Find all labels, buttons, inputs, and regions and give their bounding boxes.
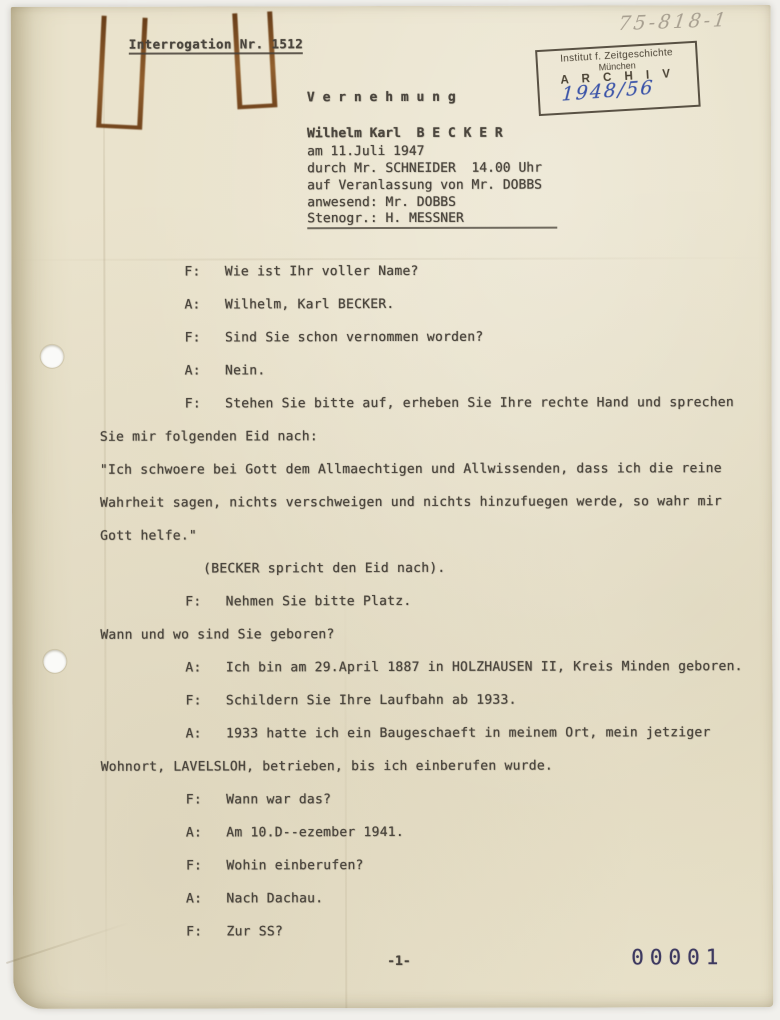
transcript-line: Wann und wo sind Sie geboren? [100, 626, 748, 661]
paper-sheet: Interrogation Nr. 1512 75-818-1 Institut… [11, 5, 774, 1009]
transcript-line: "Ich schwoere bei Gott dem Allmaechtigen… [100, 461, 748, 496]
punch-hole [41, 345, 64, 368]
document-heading: V e r n e h m u n g [307, 90, 456, 105]
archive-stamp: Institut f. Zeitgeschichte München A R C… [535, 41, 701, 116]
transcript-line: F: Stehen Sie bitte auf, erheben Sie Ihr… [100, 395, 748, 430]
transcript-line: Gott helfe." [100, 527, 748, 562]
transcript-line: F: Sind Sie schon vernommen worden? [100, 329, 748, 364]
stenographer-line: Stenogr.: H. MESSNER [307, 211, 557, 230]
transcript-line: A: Wilhelm, Karl BECKER. [99, 296, 747, 331]
transcript-line: A: 1933 hatte ich ein Baugeschaeft in me… [101, 725, 749, 760]
transcript-line: F: Wie ist Ihr voller Name? [99, 263, 747, 298]
transcript-line: Wohnort, LAVELSLOH, betrieben, bis ich e… [101, 758, 749, 793]
transcript-line: (BECKER spricht den Eid nach). [100, 560, 748, 595]
transcript-line: F: Nehmen Sie bitte Platz. [100, 593, 748, 628]
transcript-line: A: Am 10.D--ezember 1941. [101, 824, 749, 859]
paperclip-rust-stain [232, 11, 277, 109]
serial-number-stamp: 00001 [631, 945, 724, 969]
transcript-line: F: Wohin einberufen? [101, 857, 749, 892]
subject-name-line: Wilhelm Karl B E C K E R [307, 126, 503, 142]
transcript-line: F: Wann war das? [101, 791, 749, 826]
interrogation-number-title: Interrogation Nr. 1512 [129, 36, 303, 54]
paperclip-rust-stain [96, 16, 148, 130]
page-number: -1- [387, 954, 411, 969]
transcript-line: Sie mir folgenden Eid nach: [100, 428, 748, 463]
transcript-line: A: Ich bin am 29.April 1887 in HOLZHAUSE… [100, 659, 748, 694]
pencil-archive-note: 75-818-1 [617, 9, 730, 35]
present-line: anwesend: Mr. DOBBS [307, 195, 456, 210]
transcript-body: F: Wie ist Ihr voller Name?A: Wilhelm, K… [99, 263, 749, 958]
scanned-document-page: { "page": { "interrogation_title": "Inte… [0, 0, 780, 1020]
punch-hole [43, 650, 66, 673]
horizontal-crease-line [11, 257, 771, 261]
transcript-line: F: Schildern Sie Ihre Laufbahn ab 1933. [100, 692, 748, 727]
date-line: am 11.Juli 1947 [307, 144, 424, 159]
interrogator-line: durch Mr. SCHNEIDER 14.00 Uhr [307, 161, 542, 177]
instigator-line: auf Veranlassung von Mr. DOBBS [307, 178, 542, 194]
transcript-line: A: Nach Dachau. [101, 890, 749, 925]
transcript-line: A: Nein. [100, 362, 748, 397]
transcript-line: Wahrheit sagen, nichts verschweigen und … [100, 494, 748, 529]
